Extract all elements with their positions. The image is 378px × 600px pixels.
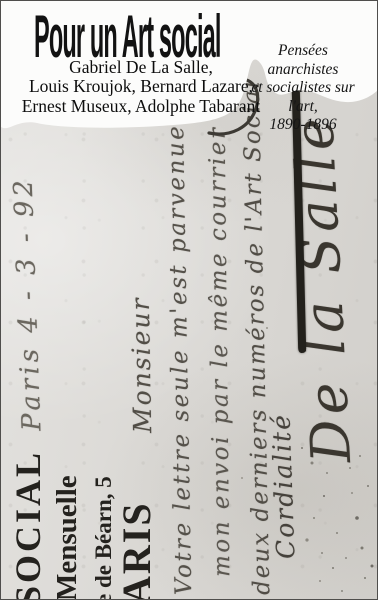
letter-closing: Cordialité: [266, 413, 300, 560]
author-line: Louis Kroujok, Bernard Lazare,: [17, 77, 265, 96]
letter-body-line: mon envoi par le même courrier: [205, 125, 236, 577]
letter-body-line: Votre lettre seule m'est parvenue ;: [163, 103, 198, 595]
author-list: Gabriel De La Salle, Louis Kroujok, Bern…: [17, 58, 265, 116]
subtitle-line: et socialistes sur l'art,: [241, 79, 365, 116]
letter-salutation: Monsieur: [126, 296, 157, 433]
subtitle-line: 1890-1896: [241, 116, 365, 135]
photo-dust-speckles: [301, 447, 303, 449]
letterhead-title: SOCIAL: [7, 450, 49, 600]
letterhead-frequency: Mensuelle: [51, 475, 84, 600]
book-cover: SOCIAL Mensuelle e de Béarn, 5 ARIS Pari…: [0, 0, 378, 600]
letter-date: Paris 4 - 3 - 92: [9, 176, 48, 432]
author-line: Gabriel De La Salle,: [17, 58, 265, 77]
subtitle-line: Pensées anarchistes: [241, 42, 365, 79]
letterhead-city: ARIS: [113, 501, 160, 600]
subtitle: Pensées anarchistes et socialistes sur l…: [241, 42, 365, 135]
author-line: Ernest Museux, Adolphe Tabarant: [17, 97, 265, 116]
